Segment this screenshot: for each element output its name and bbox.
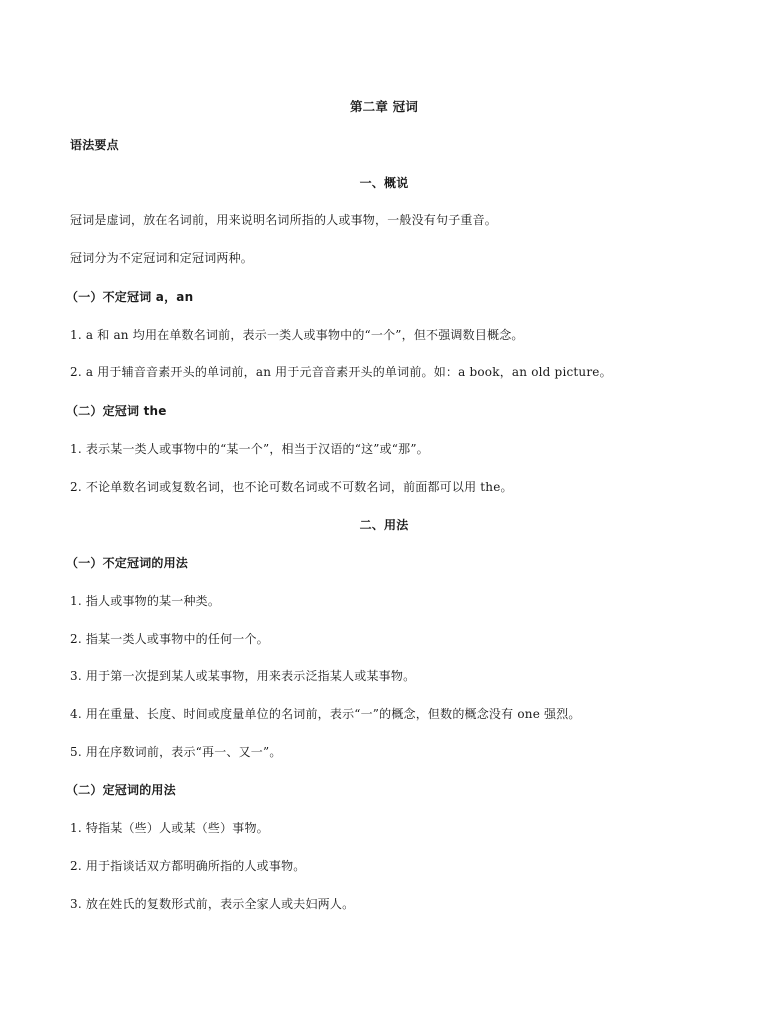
list-item: 5. 用在序数词前，表示“再一、又一”。 bbox=[70, 744, 282, 760]
list-item: 1. 特指某（些）人或某（些）事物。 bbox=[70, 820, 269, 836]
paragraph: 冠词是虚词，放在名词前，用来说明名词所指的人或事物，一般没有句子重音。 bbox=[70, 212, 497, 228]
list-item: 2. a 用于辅音音素开头的单词前，an 用于元音音素开头的单词前。如：a bo… bbox=[70, 364, 612, 380]
list-item: 2. 不论单数名词或复数名词，也不论可数名词或不可数名词，前面都可以用 the。 bbox=[70, 479, 513, 495]
list-item: 1. 表示某一类人或事物中的“某一个”，相当于汉语的“这”或“那”。 bbox=[70, 441, 429, 457]
subheading-indefinite-article: （一）不定冠词 a，an bbox=[66, 289, 193, 305]
section-label: 语法要点 bbox=[70, 137, 119, 153]
list-item: 4. 用在重量、长度、时间或度量单位的名词前，表示“一”的概念，但数的概念没有 … bbox=[70, 706, 581, 722]
chapter-title: 第二章 冠词 bbox=[0, 99, 768, 115]
list-item: 1. 指人或事物的某一种类。 bbox=[70, 593, 220, 609]
list-item: 3. 用于第一次提到某人或某事物，用来表示泛指某人或某事物。 bbox=[70, 668, 415, 684]
list-item: 1. a 和 an 均用在单数名词前，表示一类人或事物中的“一个”，但不强调数目… bbox=[70, 327, 524, 343]
list-item: 3. 放在姓氏的复数形式前，表示全家人或夫妇两人。 bbox=[70, 896, 354, 912]
part1-heading: 一、概说 bbox=[0, 175, 768, 191]
subheading-definite-usage: （二）定冠词的用法 bbox=[66, 782, 176, 798]
list-item: 2. 用于指谈话双方都明确所指的人或事物。 bbox=[70, 858, 305, 874]
paragraph: 冠词分为不定冠词和定冠词两种。 bbox=[70, 250, 253, 266]
subheading-indefinite-usage: （一）不定冠词的用法 bbox=[66, 555, 188, 571]
list-item: 2. 指某一类人或事物中的任何一个。 bbox=[70, 631, 269, 647]
part2-heading: 二、用法 bbox=[0, 517, 768, 533]
subheading-definite-article: （二）定冠词 the bbox=[66, 403, 167, 419]
